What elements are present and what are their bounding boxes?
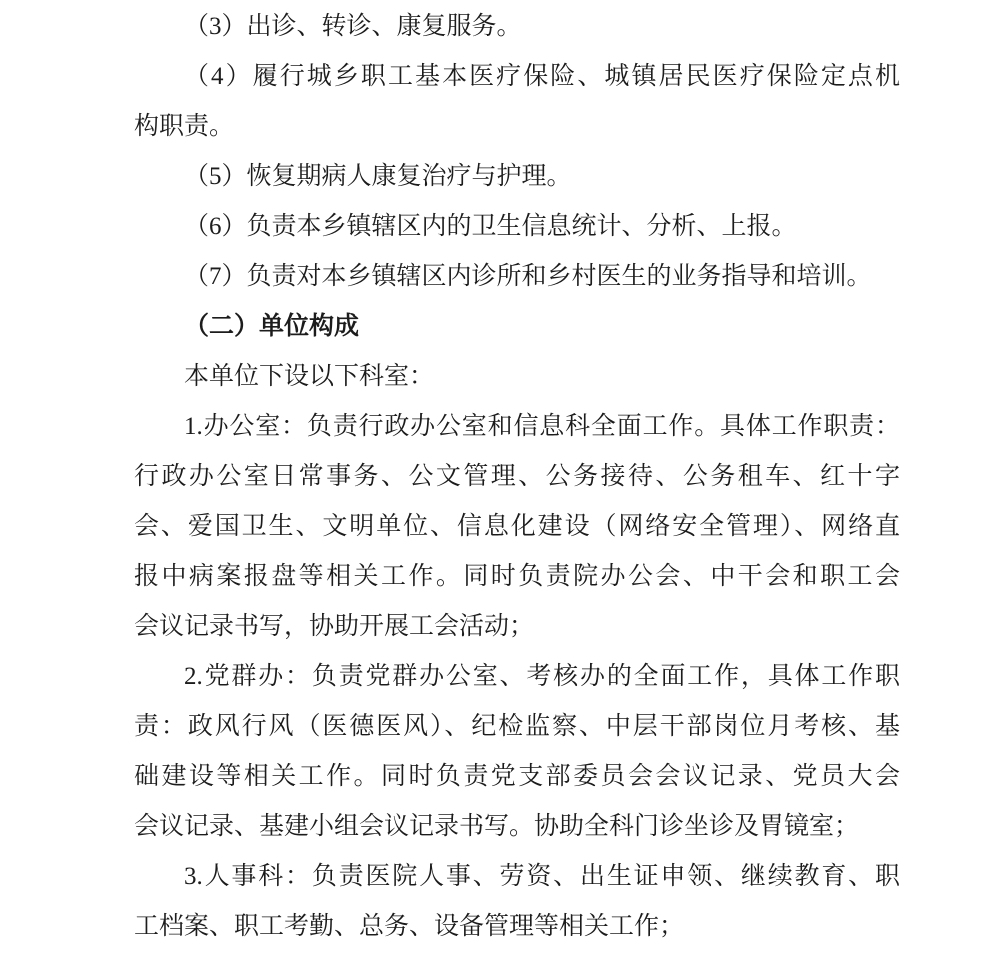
paragraph: 2.党群办：负责党群办公室、考核办的全面工作，具体工作职责：政风行风（医德医风）… [134,652,900,852]
text-line: 工档案、职工考勤、总务、设备管理等相关工作； [134,902,900,952]
text-line: 行政办公室日常事务、公文管理、公务接待、公务租车、红十字 [134,452,900,502]
paragraph: 1.办公室：负责行政办公室和信息科全面工作。具体工作职责：行政办公室日常事务、公… [134,402,900,652]
document-text-column: （3）出诊、转诊、康复服务。（4）履行城乡职工基本医疗保险、城镇居民医疗保险定点… [134,2,900,952]
text-line: （5）恢复期病人康复治疗与护理。 [134,152,900,202]
paragraph: （6）负责本乡镇辖区内的卫生信息统计、分析、上报。 [134,202,900,252]
text-line: （二）单位构成 [134,302,900,352]
text-line: 会议记录书写，协助开展工会活动； [134,602,900,652]
section-heading: （二）单位构成 [134,302,900,352]
paragraph: （3）出诊、转诊、康复服务。 [134,2,900,52]
text-line: 础建设等相关工作。同时负责党支部委员会会议记录、党员大会 [134,752,900,802]
text-line: （6）负责本乡镇辖区内的卫生信息统计、分析、上报。 [134,202,900,252]
paragraph: （4）履行城乡职工基本医疗保险、城镇居民医疗保险定点机构职责。 [134,52,900,152]
text-line: （4）履行城乡职工基本医疗保险、城镇居民医疗保险定点机 [134,52,900,102]
text-line: 本单位下设以下科室： [134,352,900,402]
text-line: 报中病案报盘等相关工作。同时负责院办公会、中干会和职工会 [134,552,900,602]
document-page: （3）出诊、转诊、康复服务。（4）履行城乡职工基本医疗保险、城镇居民医疗保险定点… [0,0,1000,953]
text-line: 会、爱国卫生、文明单位、信息化建设（网络安全管理）、网络直 [134,502,900,552]
text-line: （7）负责对本乡镇辖区内诊所和乡村医生的业务指导和培训。 [134,252,900,302]
paragraph: 3.人事科：负责医院人事、劳资、出生证申领、继续教育、职工档案、职工考勤、总务、… [134,852,900,952]
text-line: 2.党群办：负责党群办公室、考核办的全面工作，具体工作职 [134,652,900,702]
paragraph: 本单位下设以下科室： [134,352,900,402]
text-line: 责：政风行风（医德医风）、纪检监察、中层干部岗位月考核、基 [134,702,900,752]
text-line: 会议记录、基建小组会议记录书写。协助全科门诊坐诊及胃镜室； [134,802,900,852]
text-line: 构职责。 [134,102,900,152]
text-line: 3.人事科：负责医院人事、劳资、出生证申领、继续教育、职 [134,852,900,902]
paragraph: （5）恢复期病人康复治疗与护理。 [134,152,900,202]
text-line: （3）出诊、转诊、康复服务。 [134,2,900,52]
paragraph: （7）负责对本乡镇辖区内诊所和乡村医生的业务指导和培训。 [134,252,900,302]
text-line: 1.办公室：负责行政办公室和信息科全面工作。具体工作职责： [134,402,900,452]
